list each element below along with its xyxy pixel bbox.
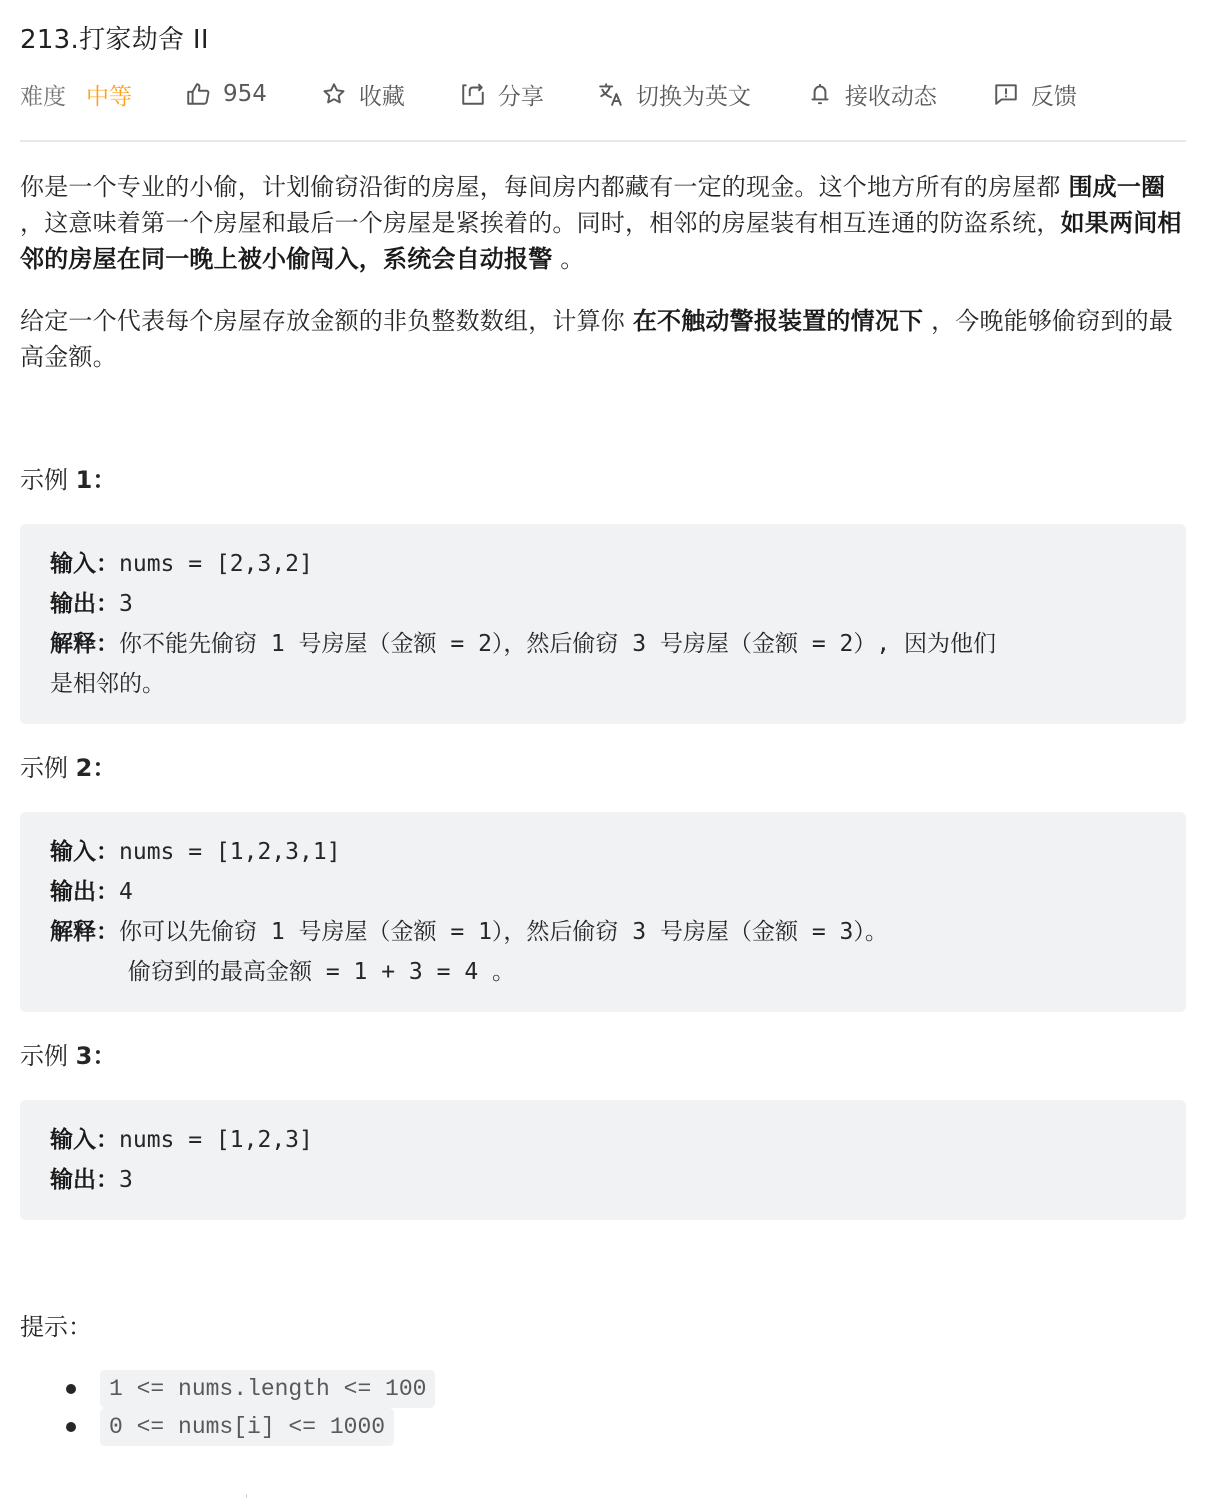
difficulty-badge: 中等 bbox=[86, 78, 132, 111]
favorite-button[interactable]: 收藏 bbox=[321, 78, 405, 111]
share-button[interactable]: 分享 bbox=[460, 78, 544, 111]
emphasis-no-alarm: 在不触动警报装置的情况下 bbox=[633, 307, 923, 335]
constraints-title: 提示： bbox=[20, 1309, 92, 1345]
example-output-line: 输出：4 bbox=[50, 872, 1156, 912]
example-3-block: 输入：nums = [1,2,3] 输出：3 bbox=[20, 1100, 1186, 1220]
example-output-line: 输出：3 bbox=[50, 1160, 1156, 1200]
bullet-icon bbox=[66, 1422, 76, 1432]
problem-title: 213.打家劫舍 II bbox=[20, 22, 209, 58]
example-input-line: 输入：nums = [2,3,2] bbox=[50, 544, 1156, 584]
switch-language-label: 切换为英文 bbox=[636, 78, 751, 111]
example-explain-line: 解释：你可以先偷窃 1 号房屋（金额 = 1），然后偷窃 3 号房屋（金额 = … bbox=[50, 912, 1156, 952]
example-2-title: 示例 2： bbox=[20, 750, 116, 786]
example-3-title: 示例 3： bbox=[20, 1038, 116, 1074]
favorite-label: 收藏 bbox=[359, 78, 405, 111]
problem-number: 213. bbox=[20, 25, 79, 55]
bell-icon bbox=[807, 81, 833, 107]
like-button[interactable]: 954 bbox=[185, 81, 267, 107]
problem-toolbar: 难度 中等 954 收藏 分享 bbox=[20, 76, 1077, 112]
description-paragraph-2: 给定一个代表每个房屋存放金额的非负整数数组，计算你 在不触动警报装置的情况下 ，… bbox=[20, 303, 1186, 375]
translate-icon bbox=[598, 81, 624, 107]
example-input-line: 输入：nums = [1,2,3] bbox=[50, 1120, 1156, 1160]
example-input-line: 输入：nums = [1,2,3,1] bbox=[50, 832, 1156, 872]
problem-name: 打家劫舍 II bbox=[79, 25, 209, 55]
constraint-code: 0 <= nums[i] <= 1000 bbox=[100, 1408, 394, 1446]
bullet-icon bbox=[66, 1384, 76, 1394]
example-explain-line: 解释：你不能先偷窃 1 号房屋（金额 = 2），然后偷窃 3 号房屋（金额 = … bbox=[50, 624, 1156, 664]
emphasis-circle: 围成一圈 bbox=[1068, 173, 1165, 201]
example-explain-line: 是相邻的。 bbox=[50, 664, 1156, 704]
constraint-item: 0 <= nums[i] <= 1000 bbox=[66, 1408, 435, 1446]
like-count: 954 bbox=[223, 81, 267, 107]
difficulty-label: 难度 bbox=[20, 78, 66, 111]
switch-language-button[interactable]: 切换为英文 bbox=[598, 78, 751, 111]
example-1-title: 示例 1： bbox=[20, 462, 116, 498]
constraint-item: 1 <= nums.length <= 100 bbox=[66, 1370, 435, 1408]
example-explain-line: 偷窃到的最高金额 = 1 + 3 = 4 。 bbox=[50, 952, 1156, 992]
subscribe-button[interactable]: 接收动态 bbox=[807, 78, 937, 111]
feedback-button[interactable]: 反馈 bbox=[993, 78, 1077, 111]
subscribe-label: 接收动态 bbox=[845, 78, 937, 111]
description-paragraph-1: 你是一个专业的小偷，计划偷窃沿街的房屋，每间房内都藏有一定的现金。这个地方所有的… bbox=[20, 169, 1186, 277]
star-icon bbox=[321, 81, 347, 107]
text-cursor-mark bbox=[246, 1494, 247, 1498]
header-divider bbox=[20, 140, 1186, 142]
example-2-block: 输入：nums = [1,2,3,1] 输出：4 解释：你可以先偷窃 1 号房屋… bbox=[20, 812, 1186, 1012]
share-icon bbox=[460, 81, 486, 107]
example-1-block: 输入：nums = [2,3,2] 输出：3 解释：你不能先偷窃 1 号房屋（金… bbox=[20, 524, 1186, 724]
constraint-code: 1 <= nums.length <= 100 bbox=[100, 1370, 435, 1408]
share-label: 分享 bbox=[498, 78, 544, 111]
feedback-icon bbox=[993, 81, 1019, 107]
thumbs-up-icon bbox=[185, 81, 211, 107]
example-output-line: 输出：3 bbox=[50, 584, 1156, 624]
difficulty: 难度 中等 bbox=[20, 78, 132, 111]
constraints-list: 1 <= nums.length <= 100 0 <= nums[i] <= … bbox=[66, 1370, 435, 1446]
feedback-label: 反馈 bbox=[1031, 78, 1077, 111]
